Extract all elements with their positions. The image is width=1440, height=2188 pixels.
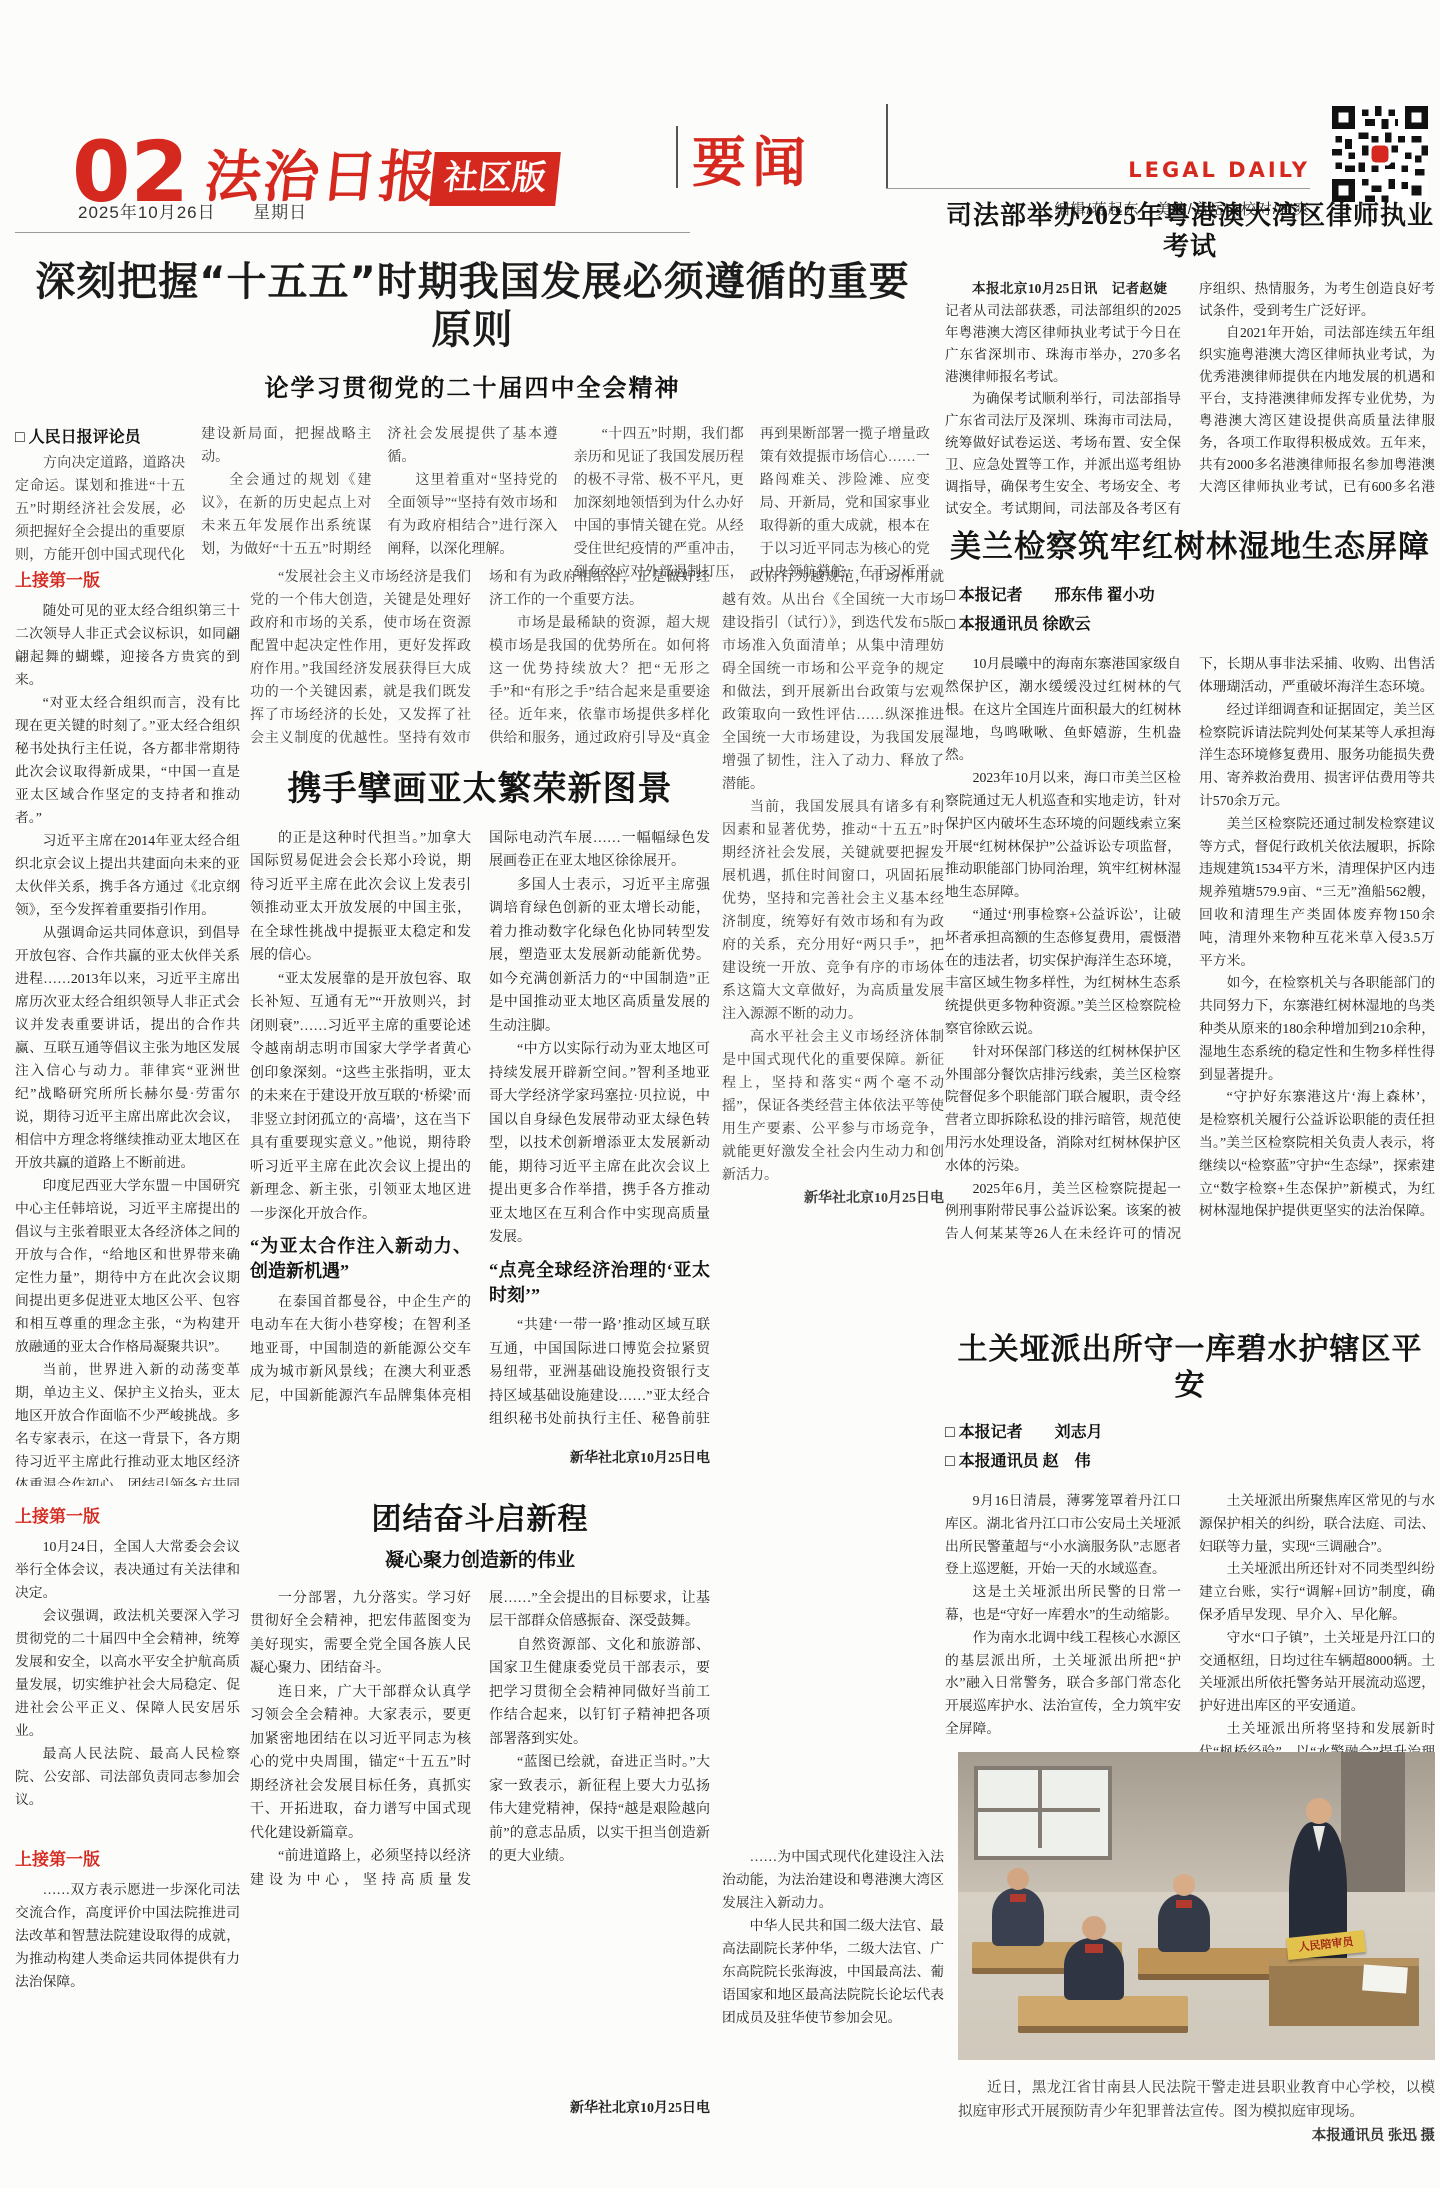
apec-feature-body: 的正是这种时代担当。”加拿大国际贸易促进会会长郑小玲说，期待习近平主席在此次会议… [250,827,710,1443]
paragraph: 自然资源部、文化和旅游部、国家卫生健康委党员干部表示，要把学习贯彻全会精神同做好… [489,1634,710,1752]
meilan-headline: 美兰检察筑牢红树林湿地生态屏障 [945,528,1435,565]
editorial-subtitle: 论学习贯彻党的二十届四中全会精神 [15,368,930,403]
meilan-body: 10月晨曦中的海南东寨港国家级自然保护区，潮水缓缓没过红树林的气根。在这片全国连… [945,653,1435,1301]
unity-crosshead: 凝心聚力创造新的伟业 [250,1548,710,1575]
editorial-body-middle: “发展社会主义市场经济是我们党的一个伟大创造，关键是处理好政府和市场的关系，使市… [250,566,710,752]
unity-article: 团结奋斗启新程 凝心聚力创造新的伟业 一分部署，九分落实。学习好贯彻好全会精神，… [250,1502,710,2120]
xinhua-dateline: 新华社北京10月25日电 [250,1447,710,1471]
photo-desk [1018,1996,1188,2033]
header-rule-left [15,232,690,233]
paragraph: 一分部署，九分落实。学习好贯彻好全会精神，把宏伟蓝图变为美好现实，需要全党全国各… [250,1587,471,1681]
newspaper-page: 02 法治日报 社区版 2025年10月26日 星期日 要闻 LEGAL DAI… [0,0,1440,2188]
tuguanya-bylines: □ 本报记者 刘志月 □ 本报通讯员 赵 伟 [945,1418,1435,1476]
paragraph: 政府行为越规范，市场作用就越有效。从出台《全国统一大市场建设指引（试行）》，到迭… [722,566,944,796]
continuation-visit: 上接第一版 ……双方表示愿进一步深化司法交流合作，高度评价中国法院推进司法改革和… [15,1845,240,2175]
xinhua-dateline: 新华社北京10月25日电 [250,2097,710,2121]
crosshead: “点亮全球经济治理的‘亚太时刻’” [489,1258,710,1308]
paragraph: 随处可见的亚太经合组织第三十二次领导人非正式会议标识，如同翩翩起舞的蝴蝶，迎接各… [15,599,240,691]
paragraph: “中方以实际行动为亚太地区可持续发展开辟新空间。”智利圣地亚哥大学经济学家玛塞拉… [489,1038,710,1250]
edition-badge: 社区版 [429,152,561,206]
news-photo: 人民陪审员 [958,1752,1435,2060]
continuation-npc: 上接第一版 10月24日，全国人大常委会会议举行全体会议，表决通过有关法律和决定… [15,1502,240,1830]
tuguanya-headline: 土关垭派出所守一库碧水护辖区平安 [945,1332,1435,1404]
photo-window [974,1766,1112,1860]
photo-student [1064,1938,1124,2000]
paragraph: 针对环保部门移送的红树林保护区外围部分餐饮店排污线索，美兰区检察院督促多个职能部… [945,1041,1181,1178]
paragraph: 最高人民法院、最高人民检察院、公安部、司法部负责同志参加会议。 [15,1742,240,1811]
reporter-byline: □ 本报记者 邢东伟 翟小功 [945,581,1435,610]
paragraph: 经过详细调查和证据固定，美兰区检察院诉请法院判处何某某等人承担海洋生态环境修复费… [1199,699,1435,813]
unity-body: 一分部署，九分落实。学习好贯彻好全会精神，把宏伟蓝图变为美好现实，需要全党全国各… [250,1587,710,2093]
tuguanya-body: 9月16日清晨，薄雾笼罩着丹江口库区。湖北省丹江口市公安局土关垭派出所民警董超与… [945,1490,1435,1772]
paragraph: 习近平主席在2014年亚太经合组织北京会议上提出共建面向未来的亚太伙伴关系，携手… [15,829,240,921]
paragraph: 会议强调，政法机关要深入学习贯彻党的二十届四中全会精神，统筹发展和安全，以高水平… [15,1604,240,1742]
apec-feature-article: 携手擘画亚太繁荣新图景 的正是这种时代担当。”加拿大国际贸易促进会会长郑小玲说，… [250,770,710,1470]
crosshead: “为亚太合作注入新动力、创造新机遇” [250,1234,471,1284]
weekday-text: 星期日 [253,203,307,222]
paragraph: 作为南水北调中线工程核心水源区的基层派出所，土关垭派出所把“护水”融入日常警务，… [945,1627,1181,1741]
photo-student [992,1888,1044,1946]
paragraph: ……双方表示愿进一步深化司法交流合作，高度评价中国法院推进司法改革和智慧法院建设… [15,1878,240,1993]
xinhua-dateline: 新华社北京10月25日电 [722,1187,944,1210]
nameplate-text: 人民陪审员 [1298,1936,1354,1954]
paragraph: “通过‘刑事检察+公益诉讼’，让破坏者承担高额的生态修复费用，震慑潜在的违法者，… [945,904,1181,1041]
paragraph: 2023年10月以来，海口市美兰区检察院通过无人机巡查和实地走访，针对保护区内破… [945,767,1181,904]
paragraph: 当前，世界进入新的动荡变革期，单边主义、保护主义抬头，亚太地区开放合作面临不少严… [15,1358,240,1486]
paragraph: 从强调命运共同体意识，到倡导开放包容、合作共赢的亚太伙伴关系进程……2013年以… [15,921,240,1174]
section-title: 要闻 [692,120,812,197]
continuation-apec: 上接第一版 随处可见的亚太经合组织第三十二次领导人非正式会议标识，如同翩翩起舞的… [15,566,240,1486]
paragraph: 9月16日清晨，薄雾笼罩着丹江口库区。湖北省丹江口市公安局土关垭派出所民警董超与… [945,1490,1181,1581]
section-divider-bar [676,126,678,188]
paragraph: 中华人民共和国二级大法官、最高法副院长茅仲华，二级大法官、广东高院院长张海波，中… [722,1914,944,2029]
lead-rest: 记者从司法部获悉，司法部组织的2025年粤港澳大湾区律师执业考试于今日在广东省深… [945,281,1181,384]
paragraph: 高水平社会主义市场经济体制是中国式现代化的重要保障。新征程上，坚持和落实“两个毫… [722,1026,944,1187]
paragraph: 的正是这种时代担当。”加拿大国际贸易促进会会长郑小玲说，期待习近平主席在此次会议… [250,827,471,968]
jump-label: 上接第一版 [15,566,240,591]
unity-headline: 团结奋斗启新程 [250,1502,710,1538]
photo-credit: 本报通讯员 张迅 摄 [1283,2124,1435,2148]
qr-code-icon [1332,106,1428,202]
lead-paragraph: 本报北京10月25日讯 记者赵婕 记者从司法部获悉，司法部组织的2025年粤港澳… [945,278,1181,388]
editorial-headline: 深刻把握“十五五”时期我国发展必须遵循的重要原则 [15,258,930,354]
paragraph: 当前，我国发展具有诸多有利因素和显著优势，推动“十五五”时期经济社会发展，关键就… [722,796,944,1026]
paragraph: “蓝图已绘就，奋进正当时。”大家一致表示，新征程上要大力弘扬伟大建党精神，保持“… [489,1751,710,1869]
correspondent-byline: □ 本报通讯员 徐欧云 [945,610,1435,639]
exam-body: 本报北京10月25日讯 记者赵婕 记者从司法部获悉，司法部组织的2025年粤港澳… [945,278,1435,536]
publication-date: 2025年10月26日 星期日 [78,198,307,223]
editorial-body-side: 政府行为越规范，市场作用就越有效。从出台《全国统一大市场建设指引（试行）》，到迭… [722,566,944,1476]
photo-caption-block: 近日，黑龙江省甘南县人民法院干警走进县职业教育中心学校，以模拟庭审形式开展预防青… [958,2076,1435,2148]
paragraph: 土关垭派出所聚焦库区常见的与水源保护相关的纠纷，联合法庭、司法、妇联等力量，实现… [1199,1490,1435,1558]
paragraph: ……为中国式现代化建设注入法治动能，为法治建设和粤港澳大湾区发展注入新动力。 [722,1845,944,1914]
paragraph: 这里着重对“坚持党的全面领导”“坚持有效市场和有为政府相结合”进行深入阐释，以深… [387,469,557,561]
tuguanya-article: 土关垭派出所守一库碧水护辖区平安 □ 本报记者 刘志月 □ 本报通讯员 赵 伟 … [945,1332,1435,1772]
paragraph: 10月晨曦中的海南东寨港国家级自然保护区，潮水缓缓没过红树林的气根。在这片全国连… [945,653,1181,767]
apec-feature-headline: 携手擘画亚太繁荣新图景 [250,770,710,811]
brand-english: LEGAL DAILY [886,158,1310,182]
photo-desk [1138,1948,1288,1980]
paragraph: “对亚太经合组织而言，没有比现在更关键的时刻了。”亚太经合组织秘书处执行主任说，… [15,691,240,829]
paragraph: 多国人士表示，习近平主席强调培育绿色创新的亚太增长动能，着力推动数字化绿色化协同… [489,874,710,1039]
photo-student [1158,1894,1210,1952]
meilan-bylines: □ 本报记者 邢东伟 翟小功 □ 本报通讯员 徐欧云 [945,581,1435,639]
correspondent-byline: □ 本报通讯员 赵 伟 [945,1447,1435,1476]
paragraph: “亚太发展靠的是开放包容、取长补短、互通有无”“开放则兴，封闭则衰”……习近平主… [250,968,471,1227]
paragraph: 如今，在检察机关与各职能部门的共同努力下，东寨港红树林湿地的鸟类种类从原来的18… [1199,972,1435,1086]
exam-article: 司法部举办2025年粤港澳大湾区律师执业考试 本报北京10月25日讯 记者赵婕 … [945,200,1435,536]
meilan-article: 美兰检察筑牢红树林湿地生态屏障 □ 本报记者 邢东伟 翟小功 □ 本报通讯员 徐… [945,528,1435,1301]
jump-label: 上接第一版 [15,1502,240,1527]
photo-paper [1362,1964,1408,1993]
paragraph: 印度尼西亚大学东盟－中国研究中心主任韩培说，习近平主席提出的倡议与主张着眼亚太各… [15,1174,240,1358]
header-rule-right [886,188,1310,189]
reporter-byline: □ 本报记者 刘志月 [945,1418,1435,1447]
lead-bold: 本报北京10月25日讯 记者赵婕 [972,281,1168,296]
paragraph: “守护好东寨港这片‘海上森林’，是检察机关履行公益诉讼职能的责任担当。”美兰区检… [1199,1086,1435,1223]
paragraph: 守水“口子镇”，土关垭是丹江口的交通枢纽，日均过往车辆超8000辆。土关垭派出所… [1199,1627,1435,1718]
editorial-byline: □ 人民日报评论员 [15,423,185,452]
photo-door [1341,1752,1405,1902]
paragraph: 这是土关垭派出所民警的日常一幕，也是“守好一库碧水”的生动缩影。 [945,1581,1181,1627]
paragraph: 美兰区检察院还通过制发检察建议等方式，督促行政机关依法履职，拆除违规建筑1534… [1199,813,1435,973]
jump-label: 上接第一版 [15,1845,240,1870]
caption-text: 近日，黑龙江省甘南县人民法院干警走进县职业教育中心学校，以模拟庭审形式开展预防青… [958,2080,1435,2120]
paragraph: 土关垭派出所还针对不同类型纠纷建立台账，实行“调解+回访”制度，确保矛盾早发现、… [1199,1558,1435,1626]
photo-caption: 近日，黑龙江省甘南县人民法院干警走进县职业教育中心学校，以模拟庭审形式开展预防青… [958,2076,1435,2124]
paragraph: 10月24日，全国人大常委会会议举行全体会议，表决通过有关法律和决定。 [15,1535,240,1604]
date-text: 2025年10月26日 [78,203,216,222]
exam-headline: 司法部举办2025年粤港澳大湾区律师执业考试 [945,200,1435,262]
paragraph: 连日来，广大干部群众认真学习领会全会精神。大家表示，要更加紧密地团结在以习近平同… [250,1681,471,1846]
editorial-article: 深刻把握“十五五”时期我国发展必须遵循的重要原则 论学习贯彻党的二十届四中全会精… [15,258,930,591]
continuation-visit-side: ……为中国式现代化建设注入法治动能，为法治建设和粤港澳大湾区发展注入新动力。 中… [722,1845,944,2175]
